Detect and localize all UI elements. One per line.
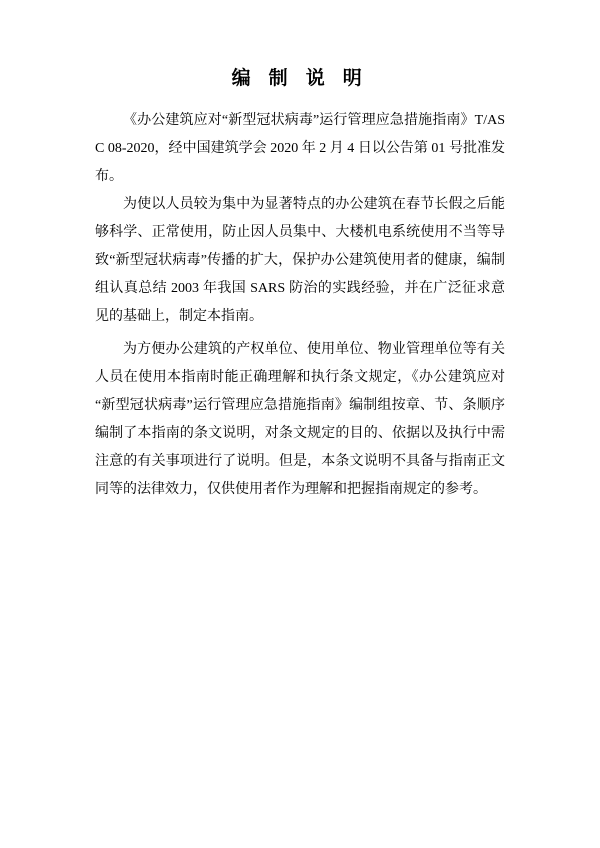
paragraph-approval-notice: 《办公建筑应对“新型冠状病毒”运行管理应急措施指南》T/ASC 08-2020，… bbox=[95, 107, 505, 191]
paragraph-usage-note: 为方便办公建筑的产权单位、使用单位、物业管理单位等有关人员在使用本指南时能正确理… bbox=[95, 336, 505, 504]
document-content: 编 制 说 明 《办公建筑应对“新型冠状病毒”运行管理应急措施指南》T/ASC … bbox=[95, 64, 505, 504]
paragraph-purpose: 为使以人员较为集中为显著特点的办公建筑在春节长假之后能够科学、正常使用，防止因人… bbox=[95, 191, 505, 331]
page-title: 编 制 说 明 bbox=[95, 64, 505, 94]
document-page: 编 制 说 明 《办公建筑应对“新型冠状病毒”运行管理应急措施指南》T/ASC … bbox=[0, 0, 600, 848]
